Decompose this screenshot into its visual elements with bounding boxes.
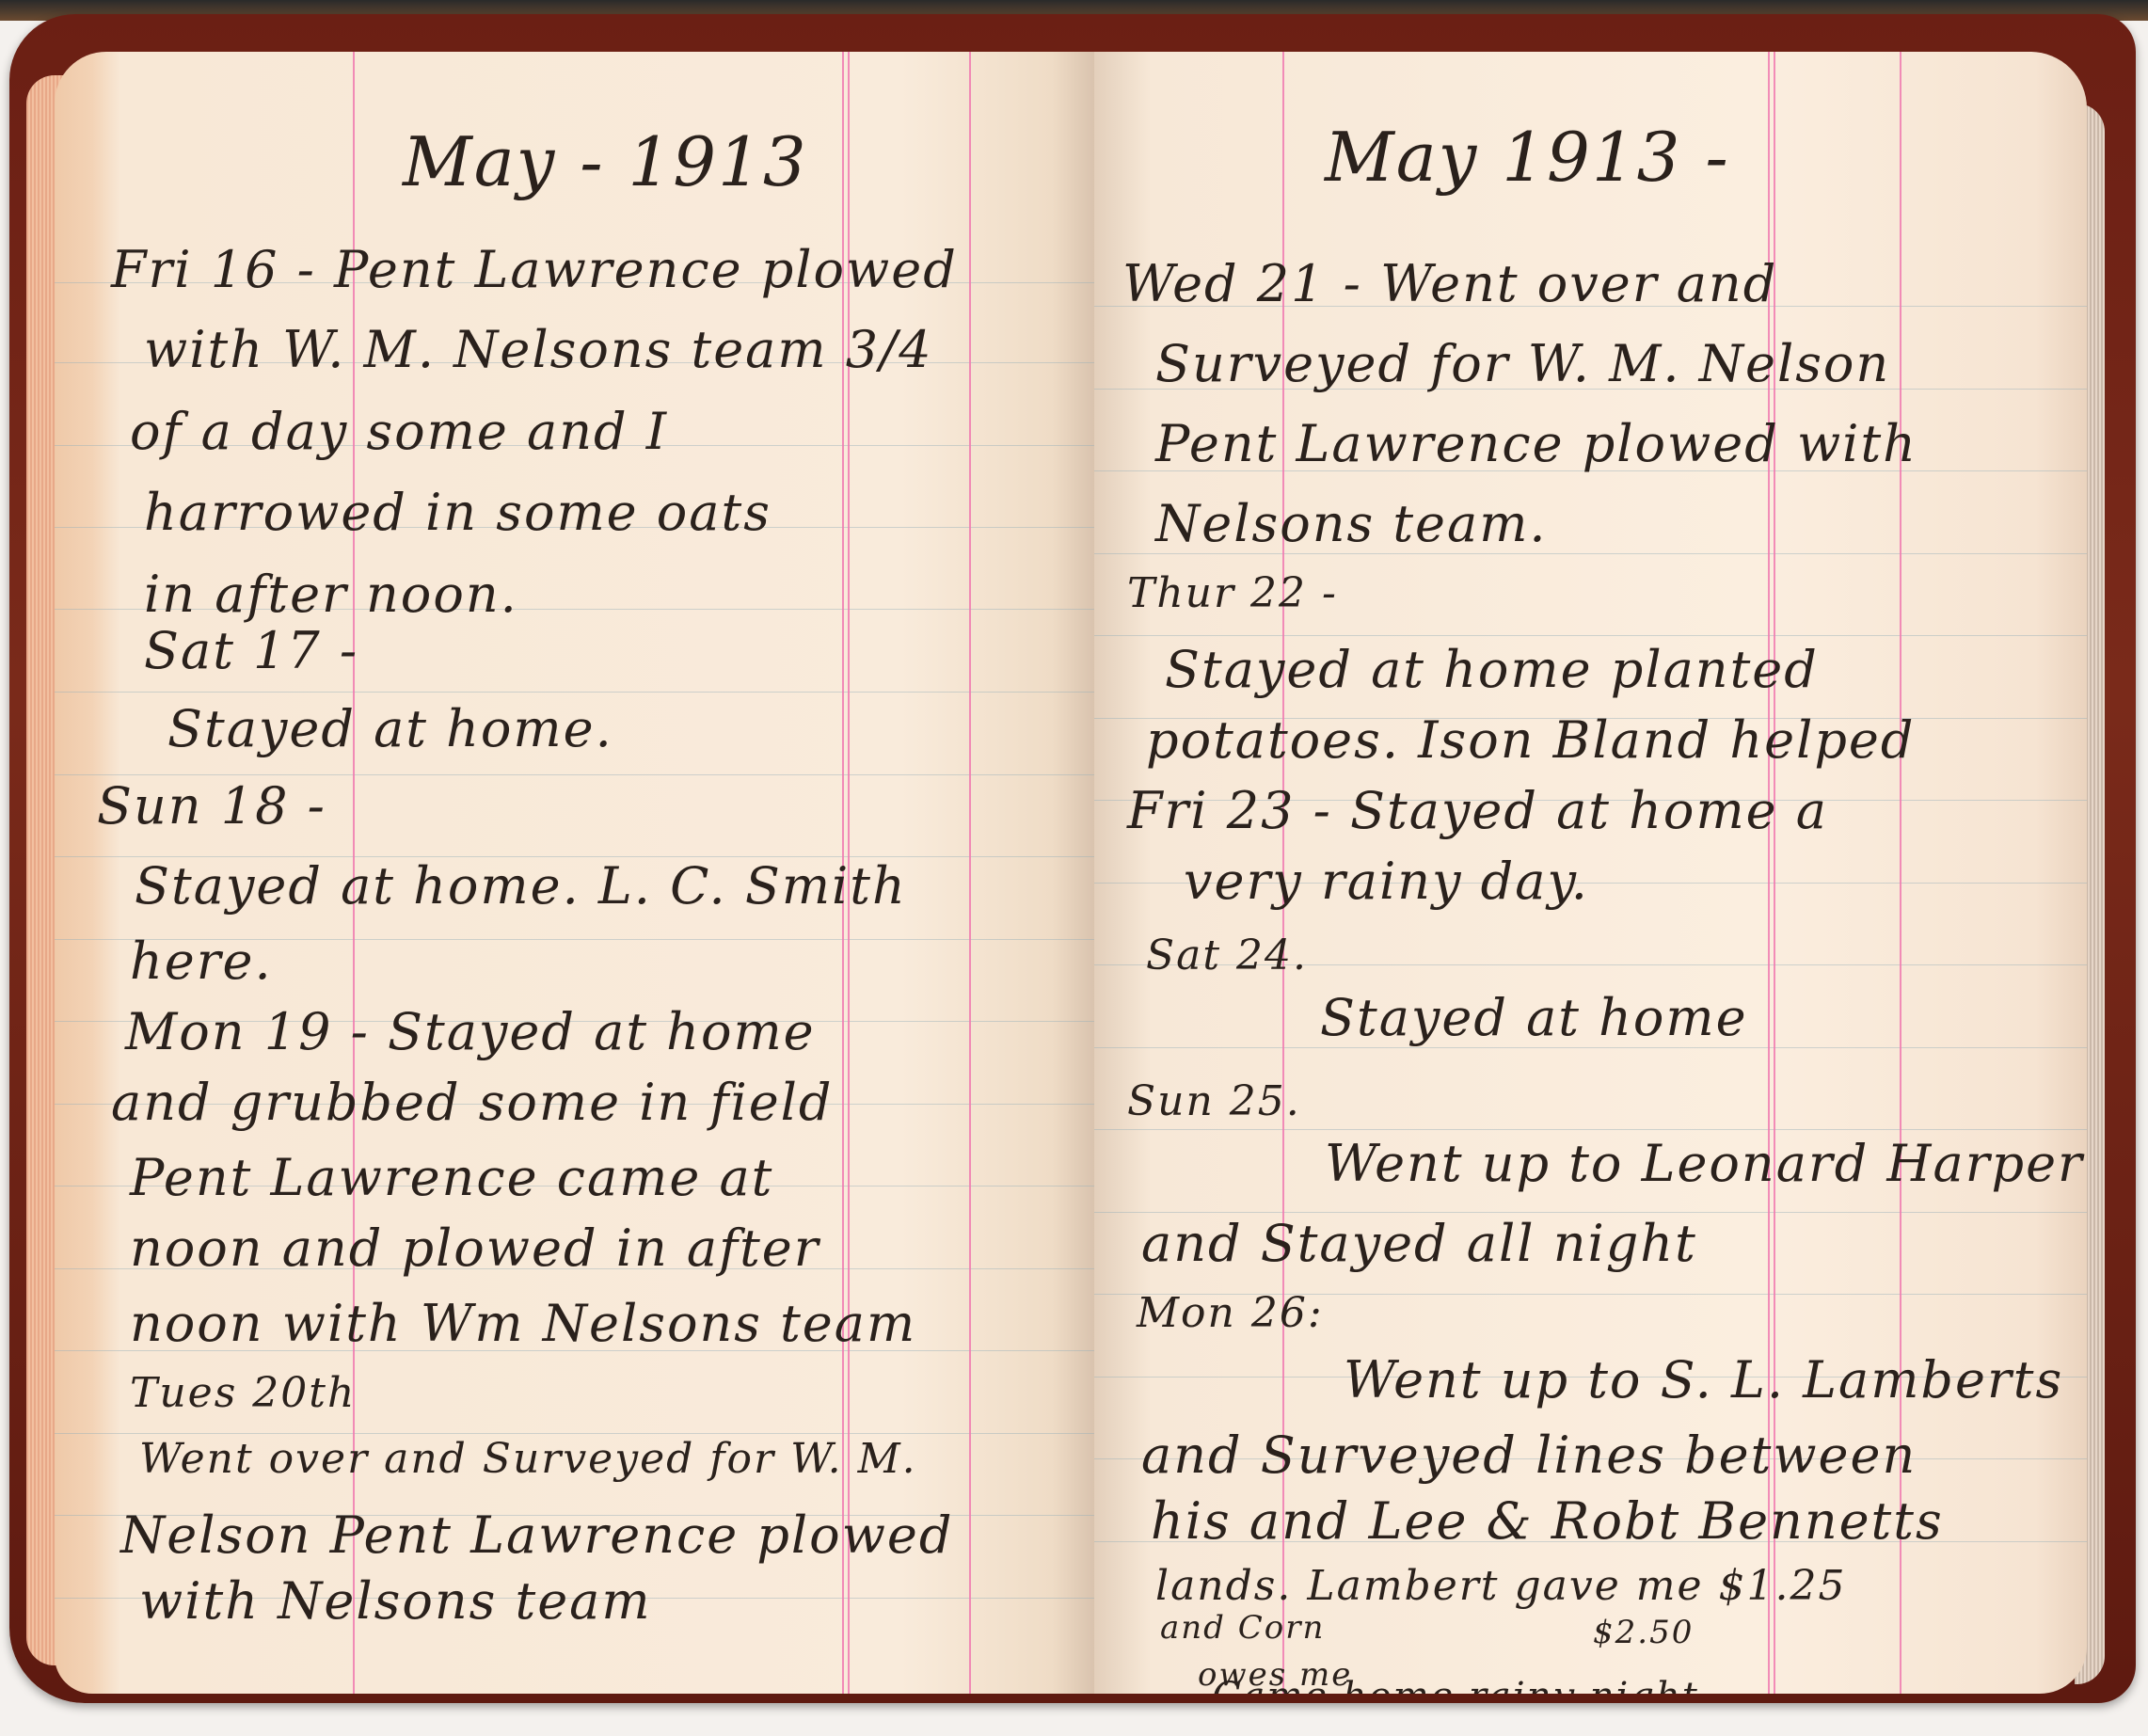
diary-line: Wed 21 - Went over and [1122,254,1777,313]
left-page: May - 1913 Fri 16 - Pent Lawrence plowed… [55,52,1094,1694]
diary-line: and Stayed all night [1141,1214,1697,1273]
diary-line: Fri 16 - Pent Lawrence plowed [111,240,958,299]
diary-line: Sun 25. [1127,1077,1301,1125]
diary-line: Stayed at home. L. C. Smith [135,856,907,916]
money-amount: $2.50 [1593,1614,1694,1651]
margin-rule [969,52,971,1694]
diary-line: lands. Lambert gave me $1.25 [1155,1562,1846,1610]
ruled-line [1094,1047,2087,1048]
diary-line: of a day some and I [130,402,668,461]
diary-line: Went up to Leonard Harper [1325,1134,2084,1193]
diary-line: noon with Wm Nelsons team [130,1294,916,1353]
diary-line: Sat 17 - [144,621,358,680]
ruled-line [55,1433,1094,1434]
diary-line: Stayed at home [1320,988,1748,1047]
page-heading: May - 1913 [403,122,808,201]
ruled-line [55,774,1094,775]
diary-line: Sat 24. [1146,932,1308,979]
diary-line: Mon 19 - Stayed at home [125,1002,816,1061]
diary-line: Pent Lawrence came at [130,1148,773,1207]
diary-line: Went up to S. L. Lamberts [1344,1350,2063,1410]
diary-line: with Nelsons team [139,1571,652,1631]
diary-line: in after noon. [144,565,518,624]
diary-line: potatoes. Ison Bland helped [1146,710,1915,770]
diary-line: and Corn [1160,1609,1325,1647]
diary-line: Nelsons team. [1155,494,1548,553]
right-page: May 1913 - Wed 21 - Went over and Survey… [1094,52,2087,1694]
page-heading: May 1913 - [1325,118,1730,197]
diary-line: Pent Lawrence plowed with [1155,414,1917,473]
diary-line: Tues 20th [130,1369,356,1417]
diary-line: Fri 23 - Stayed at home a [1127,781,1828,840]
diary-line: Came home rainy night [1212,1675,1699,1694]
diary-line: very rainy day. [1184,852,1589,911]
diary-line: with W. M. Nelsons team 3/4 [144,320,933,379]
ruled-line [1094,1129,2087,1130]
diary-line: Mon 26: [1137,1289,1324,1337]
diary-line: harrowed in some oats [144,483,772,542]
diary-line: Surveyed for W. M. Nelson [1155,334,1890,393]
ruled-line [1094,1212,2087,1213]
ruled-line [1094,553,2087,554]
diary-line: Stayed at home. [167,699,613,758]
ruled-line [55,692,1094,693]
diary-line: and Surveyed lines between [1141,1425,1917,1485]
ruled-line [1094,635,2087,636]
diary-line: and grubbed some in field [111,1073,834,1132]
diary-line: noon and plowed in after [130,1218,820,1278]
diary-line: Sun 18 - [97,776,326,836]
diary-line: Thur 22 - [1127,569,1338,617]
diary-line: his and Lee & Robt Bennetts [1151,1491,1944,1551]
diary-line: Went over and Surveyed for W. M. [139,1435,917,1483]
diary-line: here. [130,932,273,991]
diary-line: Nelson Pent Lawrence plowed [120,1505,953,1565]
diary-line: Stayed at home planted [1165,640,1819,699]
